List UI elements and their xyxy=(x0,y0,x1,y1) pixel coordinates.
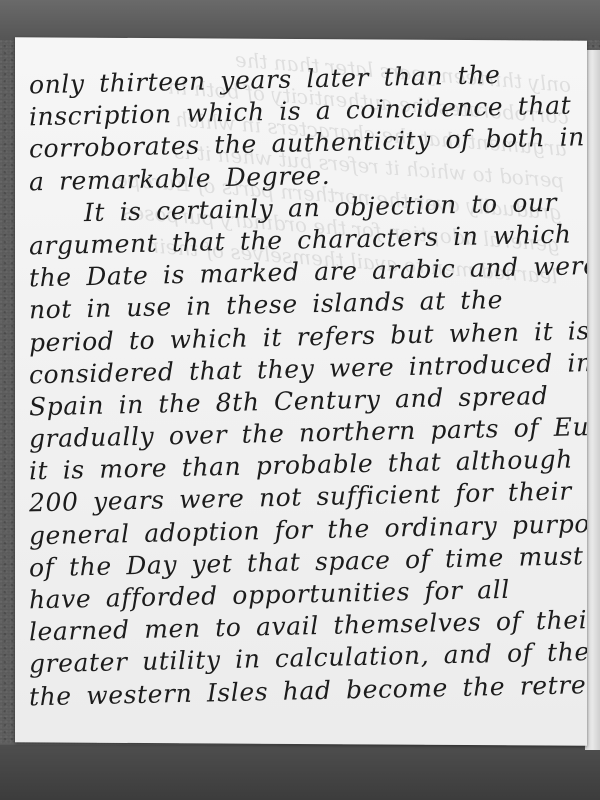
manuscript-page: only thirteen years later than the corro… xyxy=(15,37,587,745)
next-page-edge xyxy=(585,50,600,750)
background-surface-bottom xyxy=(0,745,600,800)
handwritten-text-block: only thirteen years later than the inscr… xyxy=(29,70,587,717)
background-surface-top xyxy=(0,0,600,40)
